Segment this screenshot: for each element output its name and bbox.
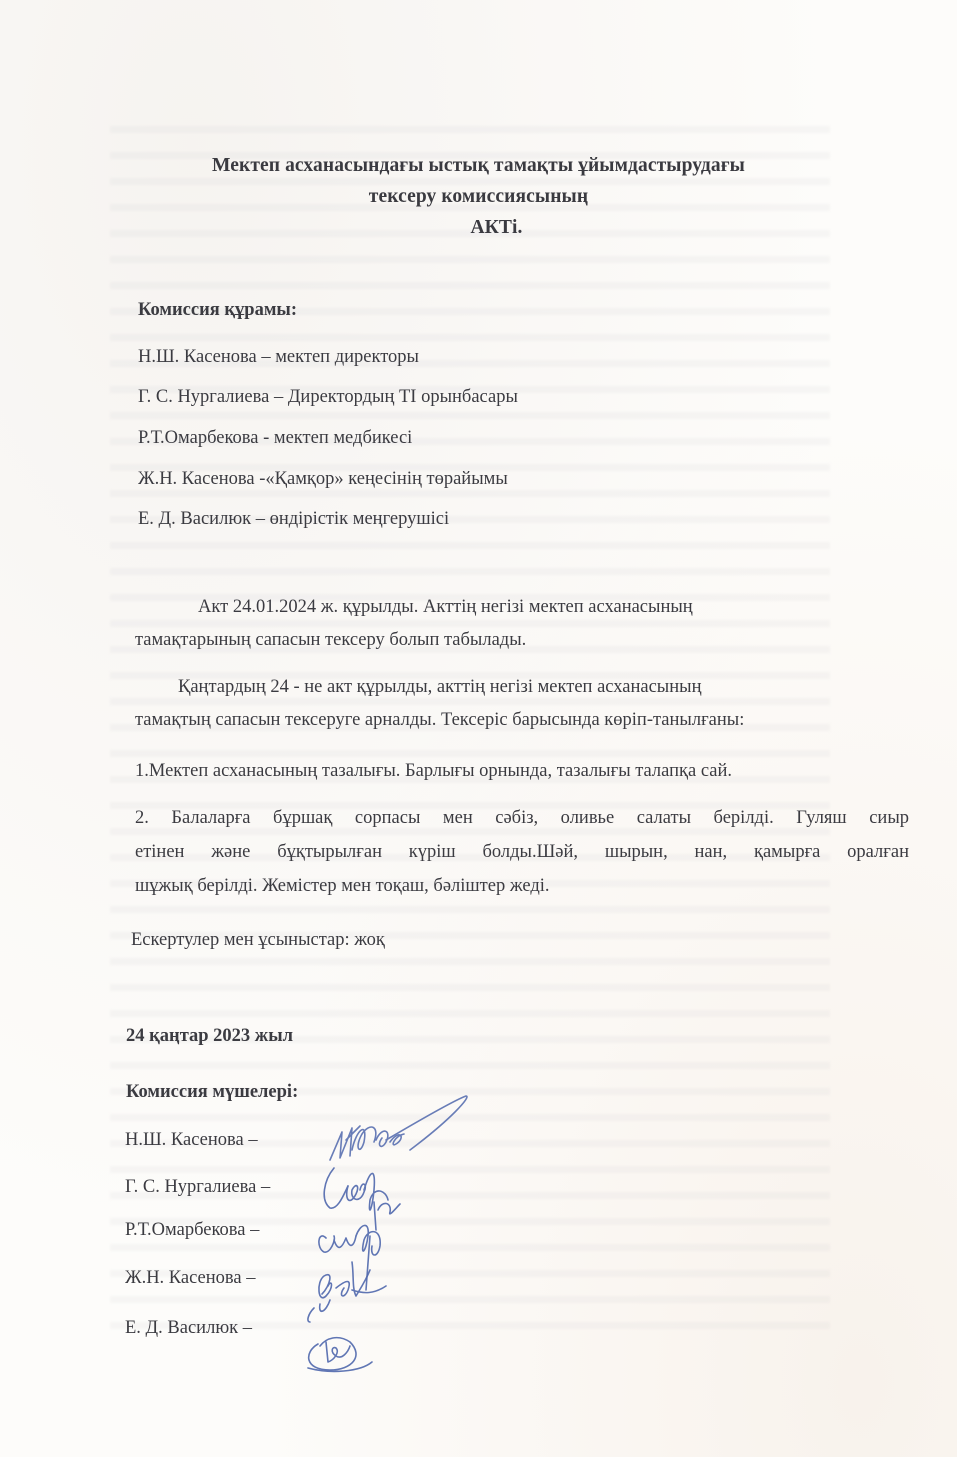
finding-2-line-3: шұжық берілді. Жемістер мен тоқаш, бәліш…: [135, 876, 550, 897]
signature-member-name: Е. Д. Василюк –: [125, 1318, 252, 1339]
document-page: Мектеп асханасындағы ыстық тамақты ұйымд…: [0, 0, 957, 1457]
signature-3-icon: [319, 1225, 380, 1290]
signature-member-name: Н.Ш. Касенова –: [125, 1130, 258, 1151]
paragraph-1-line-2: тамақтарының сапасын тексеру болып табыл…: [135, 630, 526, 651]
document-date: 24 қаңтар 2023 жыл: [126, 1026, 293, 1047]
signature-1-icon: [330, 1096, 467, 1160]
title-line-1: Мектеп асханасындағы ыстық тамақты ұйымд…: [0, 155, 957, 177]
remarks: Ескертулер мен ұсыныстар: жоқ: [131, 930, 385, 951]
signature-5-icon: [308, 1338, 372, 1372]
commission-member: Р.Т.Омарбекова - мектеп медбикесі: [138, 428, 412, 449]
paragraph-2-line-1: Қаңтардың 24 - не акт құрылды, акттің не…: [178, 677, 701, 698]
commission-member: Г. С. Нургалиева – Директордың ТІ орынба…: [138, 387, 518, 408]
finding-2-line-1: 2. Балаларға бұршақ сорпасы мен сәбіз, о…: [135, 808, 909, 829]
handwritten-signatures: [290, 1090, 490, 1380]
paragraph-2-line-2: тамақтың сапасын тексеруге арналды. Текс…: [135, 710, 744, 731]
signature-2-icon: [324, 1168, 400, 1230]
title-line-3: АКТі.: [18, 217, 957, 239]
finding-1: 1.Мектеп асханасының тазалығы. Барлығы о…: [135, 761, 732, 782]
signature-member-name: Ж.Н. Касенова –: [125, 1268, 256, 1289]
commission-member: Е. Д. Василюк – өндірістік меңгерушісі: [138, 509, 449, 530]
signature-4-icon: [308, 1262, 386, 1322]
signature-member-name: Г. С. Нургалиева –: [125, 1177, 270, 1198]
commission-member: Ж.Н. Касенова -«Қамқор» кеңесінің төрайы…: [138, 469, 508, 490]
finding-2-line-2: етінен және бұқтырылған күріш болды.Шәй,…: [135, 842, 909, 863]
title-line-2: тексеру комиссиясының: [0, 186, 957, 208]
commission-heading: Комиссия құрамы:: [138, 300, 297, 321]
paragraph-1-line-1: Акт 24.01.2024 ж. құрылды. Акттің негізі…: [198, 597, 693, 618]
commission-member: Н.Ш. Касенова – мектеп директоры: [138, 347, 419, 368]
signatures-heading: Комиссия мүшелері:: [126, 1082, 298, 1103]
signature-member-name: Р.Т.Омарбекова –: [125, 1220, 259, 1241]
